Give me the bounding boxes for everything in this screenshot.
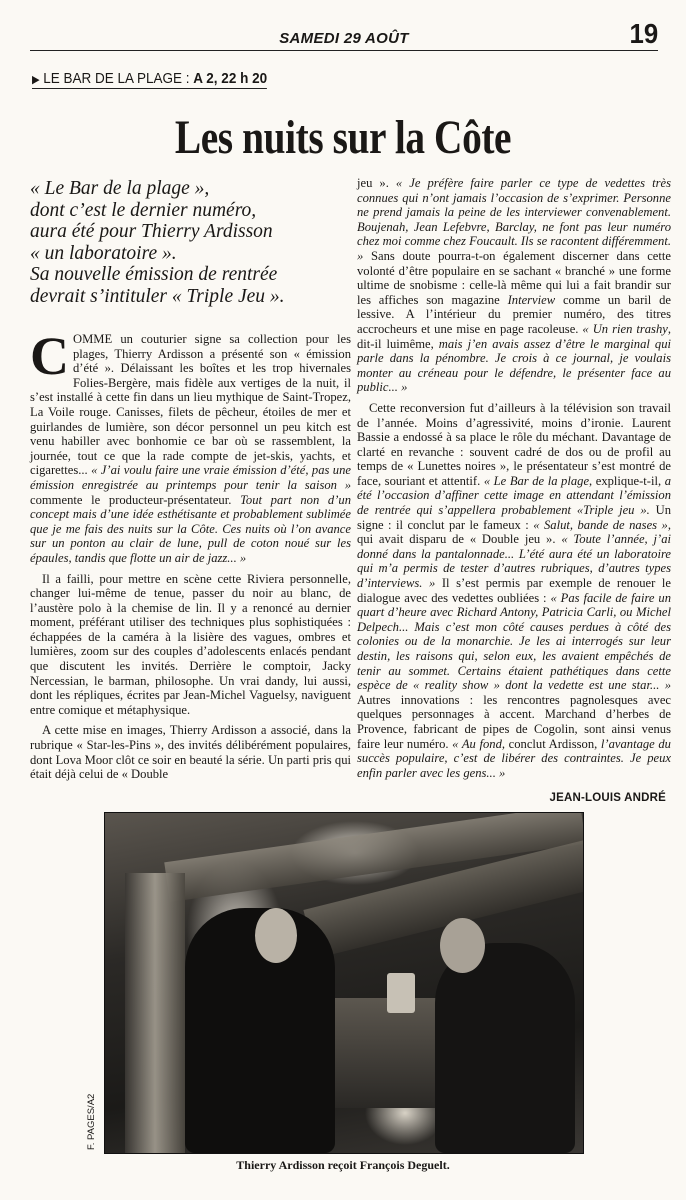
triangle-right-icon: ▶	[32, 74, 40, 86]
quote: « Un rien trashy	[582, 322, 667, 336]
article-headline: Les nuits sur la Côte	[62, 110, 625, 165]
standfirst-line: devrait s’intituler « Triple Jeu ».	[30, 286, 350, 308]
photo-face-host	[255, 908, 297, 963]
standfirst-line: « un laboratoire ».	[30, 243, 350, 265]
photo-face-guest	[440, 918, 485, 973]
body-paragraph: Il a failli, pour mettre en scène cette …	[30, 572, 351, 718]
body-paragraph: A cette mise en images, Thierry Ardisson…	[30, 723, 351, 781]
drop-cap: C	[30, 334, 69, 378]
photo-caption: Thierry Ardisson reçoit François Deguelt…	[104, 1158, 582, 1173]
standfirst-line: Sa nouvelle émission de rentrée	[30, 264, 350, 286]
quote: « Pas facile de faire un quart d’heure a…	[357, 591, 671, 693]
magazine-title: Interview	[508, 293, 556, 307]
quote: « Le Bar de la plage	[484, 474, 589, 488]
standfirst-line: aura été pour Thierry Ardisson	[30, 221, 350, 243]
broadcast-slot: A 2, 22 h 20	[193, 70, 267, 87]
article-photo	[104, 812, 584, 1154]
masthead: SAMEDI 29 AOÛT 19	[30, 18, 658, 51]
author-byline: JEAN-LOUIS ANDRÉ	[549, 792, 666, 804]
photo-ice-bucket	[387, 973, 415, 1013]
photo-credit: F. PAGES/A2	[86, 1094, 97, 1150]
standfirst-line: dont c’est le dernier numéro,	[30, 200, 350, 222]
quote: « Salut, bande de nases »	[533, 518, 668, 532]
body-paragraph: Cette reconversion fut d’ailleurs à la t…	[357, 401, 671, 780]
standfirst-line: « Le Bar de la plage »,	[30, 178, 350, 200]
photo-pillar	[125, 873, 185, 1153]
quote: « Au fond,	[452, 737, 505, 751]
body-paragraph: jeu ». « Je préfère faire parler ce type…	[357, 176, 671, 395]
program-name: LE BAR DE LA PLAGE :	[43, 70, 189, 87]
photo-figure-guest	[435, 943, 575, 1153]
body-column-right: jeu ». « Je préfère faire parler ce type…	[357, 176, 671, 786]
article-standfirst: « Le Bar de la plage », dont c’est le de…	[30, 178, 350, 307]
body-paragraph: COMME un couturier signe sa collection p…	[30, 332, 351, 566]
page-number: 19	[629, 18, 658, 50]
program-rubric: ▶LE BAR DE LA PLAGE : A 2, 22 h 20	[32, 70, 267, 89]
body-column-left: COMME un couturier signe sa collection p…	[30, 332, 351, 788]
issue-date: SAMEDI 29 AOÛT	[30, 30, 658, 47]
